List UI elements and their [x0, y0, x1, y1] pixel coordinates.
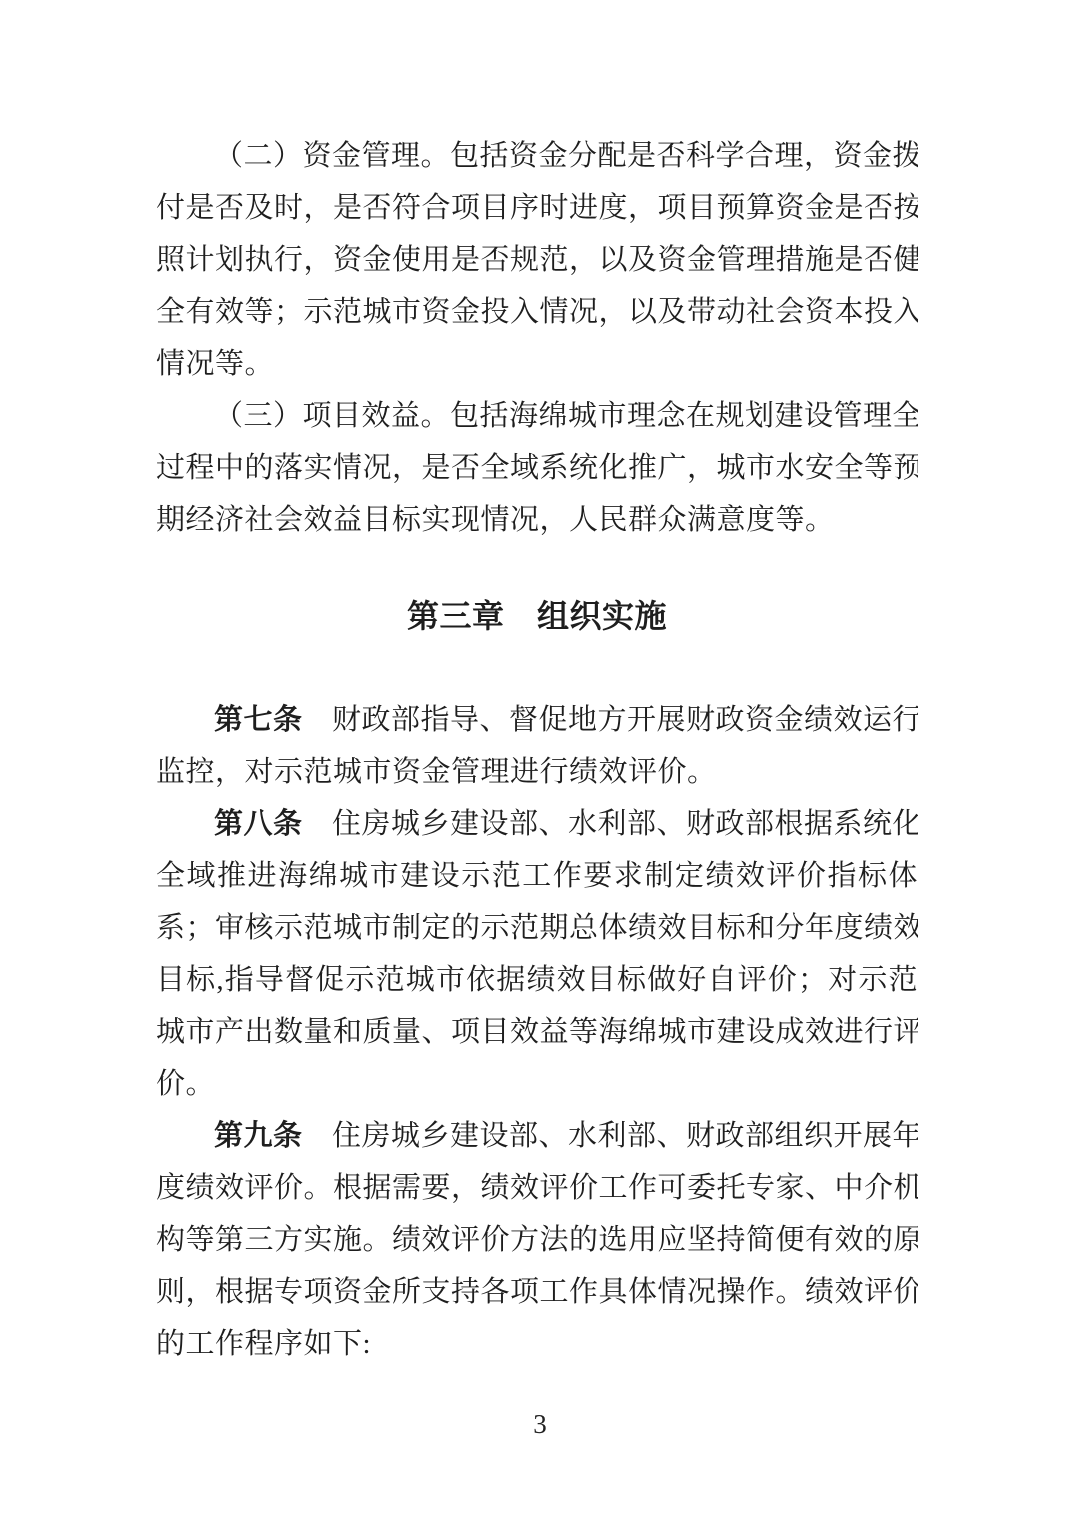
- article-9: 第九条 住房城乡建设部、水利部、财政部组织开展年度绩效评价。根据需要，绩效评价工…: [156, 1110, 918, 1370]
- article-number-bold: 第八条: [214, 808, 303, 840]
- text-line: 第九条 住房城乡建设部、水利部、财政部组织开展年: [156, 1110, 918, 1162]
- text-line: 目标,指导督促示范城市依据绩效目标做好自评价；对示范: [156, 954, 918, 1006]
- text-line: 照计划执行，资金使用是否规范，以及资金管理措施是否健: [156, 234, 918, 286]
- text-line: 城市产出数量和质量、项目效益等海绵城市建设成效进行评: [156, 1006, 918, 1058]
- text-line: 系；审核示范城市制定的示范期总体绩效目标和分年度绩效: [156, 902, 918, 954]
- article-8: 第八条 住房城乡建设部、水利部、财政部根据系统化全域推进海绵城市建设示范工作要求…: [156, 798, 918, 1110]
- article-number-bold: 第七条: [214, 704, 303, 736]
- item-3-project-benefit: （三）项目效益。包括海绵城市理念在规划建设管理全过程中的落实情况，是否全域系统化…: [156, 390, 918, 546]
- text-line: 价。: [156, 1058, 918, 1110]
- article-7: 第七条 财政部指导、督促地方开展财政资金绩效运行监控，对示范城市资金管理进行绩效…: [156, 694, 918, 798]
- document-content: （二）资金管理。包括资金分配是否科学合理，资金拨付是否及时，是否符合项目序时进度…: [156, 130, 918, 1370]
- text-line: 构等第三方实施。绩效评价方法的选用应坚持简便有效的原: [156, 1214, 918, 1266]
- text-line: 第八条 住房城乡建设部、水利部、财政部根据系统化: [156, 798, 918, 850]
- text-line: 过程中的落实情况，是否全域系统化推广，城市水安全等预: [156, 442, 918, 494]
- chapter-3-heading: 第三章 组织实施: [156, 590, 918, 642]
- text-line: 付是否及时，是否符合项目序时进度，项目预算资金是否按: [156, 182, 918, 234]
- text-line: （三）项目效益。包括海绵城市理念在规划建设管理全: [156, 390, 918, 442]
- text-line: 第七条 财政部指导、督促地方开展财政资金绩效运行: [156, 694, 918, 746]
- text-line: 监控，对示范城市资金管理进行绩效评价。: [156, 746, 918, 798]
- text-line: 度绩效评价。根据需要，绩效评价工作可委托专家、中介机: [156, 1162, 918, 1214]
- chapter-heading-text: 第三章 组织实施: [156, 590, 918, 642]
- text-line: 的工作程序如下:: [156, 1318, 918, 1370]
- page-number: 3: [0, 1404, 1080, 1444]
- text-line: 则，根据专项资金所支持各项工作具体情况操作。绩效评价: [156, 1266, 918, 1318]
- text-line: （二）资金管理。包括资金分配是否科学合理，资金拨: [156, 130, 918, 182]
- text-line: 全有效等；示范城市资金投入情况，以及带动社会资本投入: [156, 286, 918, 338]
- text-line: 全域推进海绵城市建设示范工作要求制定绩效评价指标体: [156, 850, 918, 902]
- text-line: 情况等。: [156, 338, 918, 390]
- item-2-funds-management: （二）资金管理。包括资金分配是否科学合理，资金拨付是否及时，是否符合项目序时进度…: [156, 130, 918, 390]
- text-line: 期经济社会效益目标实现情况，人民群众满意度等。: [156, 494, 918, 546]
- article-number-bold: 第九条: [214, 1120, 303, 1152]
- document-page: （二）资金管理。包括资金分配是否科学合理，资金拨付是否及时，是否符合项目序时进度…: [0, 0, 1080, 1527]
